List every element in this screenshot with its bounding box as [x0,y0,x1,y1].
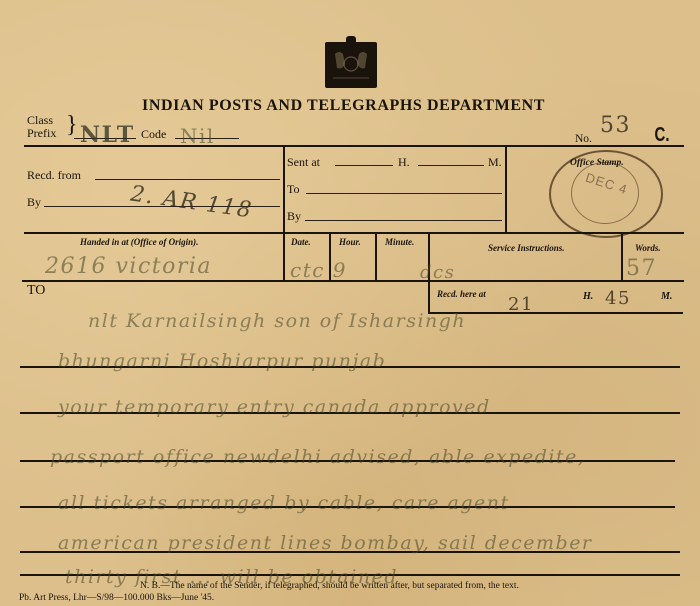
message-line-5: all tickets arranged by cable, care agen… [58,492,510,514]
sent-at-hour-field[interactable] [335,165,393,166]
coat-of-arms-icon [325,42,377,88]
to-label: TO [27,283,45,299]
recd-here-label: Recd. here at [437,289,486,299]
recd-here-rule [428,312,683,314]
stamp-inner-ring [571,162,639,224]
service-instructions-label: Service Instructions. [488,243,565,253]
sent-by-label: By [287,209,301,224]
number-label: No. [575,133,592,145]
sender-note: N. B.—The name of the Sender, if telegra… [140,581,519,591]
message-line-4: passport office newdelhi advised, able e… [50,446,585,468]
prefix-label: Prefix [27,126,56,141]
recd-h-label: H. [583,291,593,302]
divider-right [505,146,507,233]
prefix-brace: } [66,113,78,137]
recd-from-field[interactable] [95,179,280,180]
divider-left [283,146,285,281]
recd-minute-value: 45 [605,288,631,309]
recd-by-value: 2. AR 118 [129,182,254,224]
date-value: ctc 9 [290,258,347,282]
sent-to-label: To [287,182,300,197]
by-label: By [27,195,41,210]
recd-from-label: Recd. from [27,168,81,183]
sent-at-label: Sent at [287,155,320,170]
service-words-divider [621,233,623,281]
sent-by-field[interactable] [305,220,502,221]
code-label: Code [141,127,166,142]
origin-top-rule [24,232,684,234]
message-line-6: american president lines bombay, sail de… [58,532,593,554]
message-line-1: nlt Karnailsingh son of Isharsingh [88,310,466,332]
header-rule [24,145,684,147]
hour-label: Hour. [339,237,361,247]
sent-at-minute-field[interactable] [418,165,484,166]
words-value: 57 [626,256,657,281]
department-title: INDIAN POSTS AND TELEGRAPHS DEPARTMENT [142,97,582,115]
to-rule [22,280,684,282]
sent-h-label: H. [398,155,410,170]
minute-label: Minute. [385,237,414,247]
form-letter: C. [655,124,670,147]
date-label: Date. [291,237,311,247]
sent-m-label: M. [488,155,502,170]
words-label: Words. [635,243,661,253]
office-stamp-label: Office Stamp. [570,158,624,168]
handed-in-label: Handed in at (Office of Origin). [80,237,198,247]
telegram-form: INDIAN POSTS AND TELEGRAPHS DEPARTMENT C… [0,0,700,606]
sent-to-field[interactable] [306,193,502,194]
recd-m-label: M. [661,291,672,302]
message-line-3: your temporary entry canada approved [58,396,491,418]
message-line-2: bhungarni Hoshiarpur punjab [58,350,386,372]
hour-minute-divider [375,233,377,281]
number-value[interactable]: 53 [600,113,631,138]
handed-in-value: 2616 victoria [45,254,212,279]
printer-imprint: Pb. Art Press, Lhr—S/98—100.000 Bks—June… [19,593,214,603]
